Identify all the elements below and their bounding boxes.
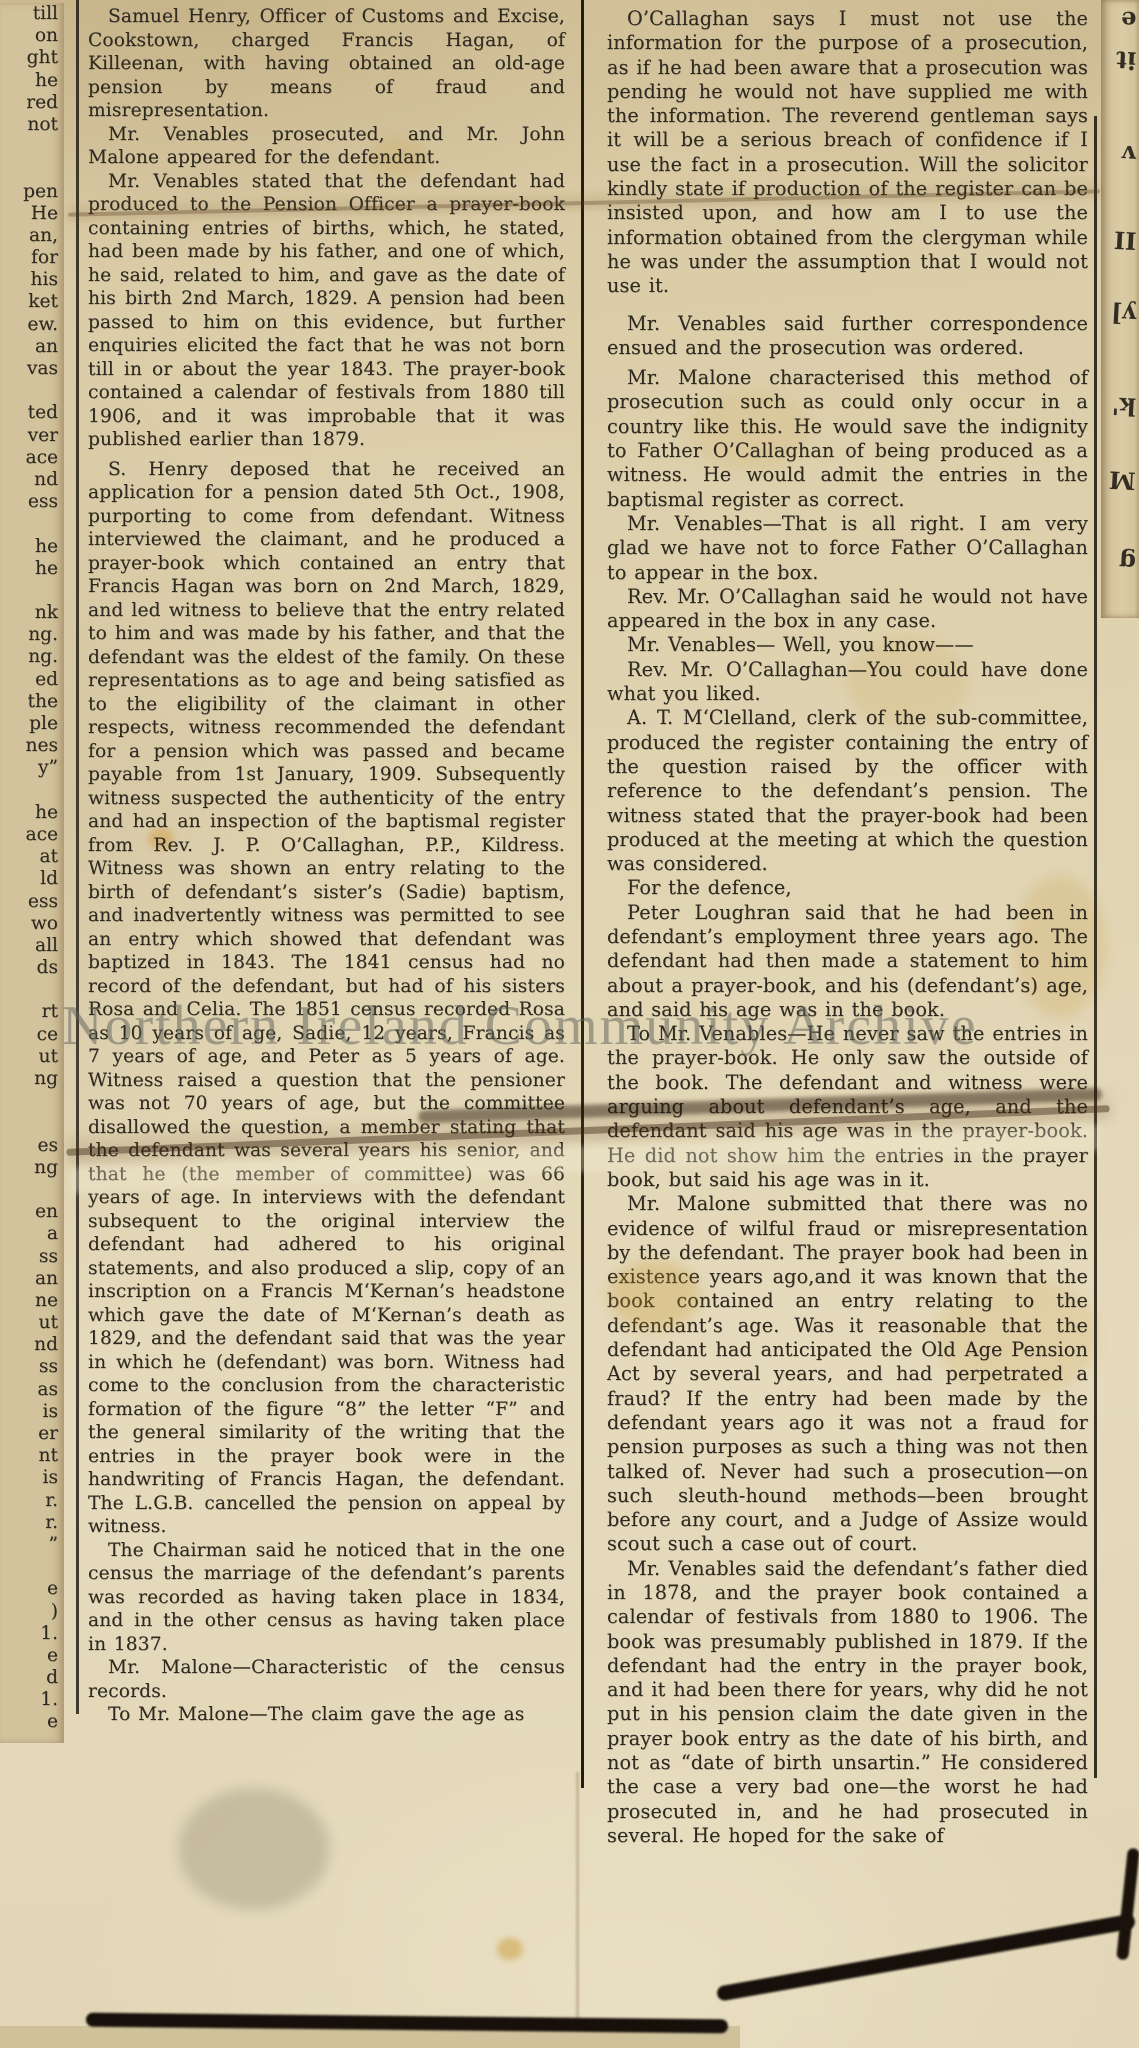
column-fragment: He [0, 203, 64, 225]
column-fragment: ght [0, 47, 64, 69]
column-fragment [0, 580, 64, 602]
column-fragment: till [0, 3, 64, 25]
article-paragraph: To Mr. Malone—The claim gave the age as [88, 1703, 565, 1727]
rotated-fragment: II [1113, 225, 1137, 255]
column-fragment: ace [0, 824, 64, 846]
column-fragment: pen [0, 181, 64, 203]
article-paragraph: Rev. Mr. O’Callaghan—You could have done… [607, 658, 1088, 707]
column-fragment: not [0, 114, 64, 136]
column-fragment: nt [0, 1445, 64, 1467]
column-fragment: e [0, 1578, 64, 1600]
column-fragment: en [0, 1201, 64, 1223]
column-fragment: the [0, 691, 64, 713]
column-fragment [0, 780, 64, 802]
torn-right-edge-scrap: eitvIIy]k'Mg [1101, 0, 1139, 618]
column-fragment: a [0, 1223, 64, 1245]
article-paragraph: A. T. M‘Clelland, clerk of the sub-commi… [607, 706, 1088, 876]
rotated-fragment: y] [1110, 299, 1137, 329]
column-fragment: all [0, 935, 64, 957]
paper-smudge [178, 1788, 330, 1910]
column-rule [76, 0, 79, 1714]
column-fragment [0, 1090, 64, 1112]
column-fragment: his [0, 269, 64, 291]
column-fragment: he [0, 70, 64, 92]
column-fragment: r. [0, 1490, 64, 1512]
column-fragment: is [0, 1401, 64, 1423]
column-fragment: he [0, 536, 64, 558]
column-fragment [0, 1556, 64, 1578]
column-fragment: nes [0, 735, 64, 757]
article-left-column: Samuel Henry, Officer of Customs and Exc… [88, 5, 565, 1727]
column-fragment: ng. [0, 624, 64, 646]
torn-left-column-fragments: tillonghtherednotpenHean,forhisketew.anv… [0, 3, 64, 1743]
article-paragraph: Mr. Venables said the defendant’s father… [607, 1557, 1088, 1849]
article-paragraph: For the defence, [607, 876, 1088, 900]
column-fragment: at [0, 846, 64, 868]
torn-edge [1116, 1848, 1139, 1961]
column-fragment [0, 136, 64, 158]
article-paragraph: Mr. Venables prosecuted, and Mr. John Ma… [88, 123, 565, 170]
column-fragment [0, 1112, 64, 1134]
column-fragment: ket [0, 291, 64, 313]
rotated-fragment: M [1109, 465, 1137, 495]
rotated-fragment: g [1118, 548, 1136, 578]
column-fragment [0, 158, 64, 180]
column-fragment: vas [0, 358, 64, 380]
column-fragment: nd [0, 1334, 64, 1356]
column-fragment: ng [0, 1157, 64, 1179]
column-fragment: ted [0, 402, 64, 424]
column-fragment: e [0, 1645, 64, 1667]
column-fragment: ng. [0, 646, 64, 668]
column-fragment: he [0, 558, 64, 580]
column-fragment [0, 979, 64, 1001]
column-fragment: ver [0, 425, 64, 447]
column-fragment: ess [0, 891, 64, 913]
column-fragment: ess [0, 491, 64, 513]
column-fragment: ng [0, 1068, 64, 1090]
column-fragment: as [0, 1379, 64, 1401]
column-fragment: ne [0, 1290, 64, 1312]
column-fragment: nd [0, 469, 64, 491]
column-fragment: ce [0, 1024, 64, 1046]
column-fragment: red [0, 92, 64, 114]
column-fragment: ds [0, 957, 64, 979]
article-paragraph: Mr. Venables stated that the defendant h… [88, 170, 565, 452]
column-fragment: ed [0, 669, 64, 691]
paper-stain [497, 1938, 523, 1960]
rotated-fragment: it [1115, 45, 1137, 75]
column-fragment: es [0, 1135, 64, 1157]
column-fragment: r. [0, 1512, 64, 1534]
article-paragraph: Mr. Venables said further correspondence… [607, 312, 1088, 361]
article-paragraph: Mr. Venables—That is all right. I am ver… [607, 512, 1088, 585]
rotated-fragment: v [1121, 140, 1136, 170]
rotated-fragment: e [1120, 6, 1137, 36]
article-paragraph: Samuel Henry, Officer of Customs and Exc… [88, 5, 565, 123]
column-fragment: an [0, 336, 64, 358]
rotated-fragment: k' [1111, 391, 1136, 421]
article-paragraph: To Mr. Venables—He never saw the entries… [607, 1022, 1088, 1192]
article-paragraph: Mr. Malone characterised this method of … [607, 366, 1088, 512]
column-fragment: on [0, 25, 64, 47]
article-paragraph: The Chairman said he noticed that in the… [88, 1539, 565, 1657]
column-fragment [0, 513, 64, 535]
column-fragment: for [0, 247, 64, 269]
column-rule [1094, 116, 1097, 1778]
column-fragment: 1. [0, 1689, 64, 1711]
column-fragment: ut [0, 1046, 64, 1068]
column-fragment: wo [0, 913, 64, 935]
article-paragraph: Mr. Malone—Characteristic of the census … [88, 1656, 565, 1703]
column-fragment: 1. [0, 1623, 64, 1645]
column-fragment: ss [0, 1246, 64, 1268]
column-fragment: rt [0, 1001, 64, 1023]
column-fragment: ” [0, 1534, 64, 1556]
article-paragraph: Mr. Venables— Well, you know—— [607, 633, 1088, 657]
column-fragment: an, [0, 225, 64, 247]
torn-edge [716, 1913, 1136, 2001]
column-fragment: e [0, 1711, 64, 1733]
article-paragraph: O’Callaghan says I must not use the info… [607, 7, 1088, 299]
column-fragment: nk [0, 602, 64, 624]
column-fragment: he [0, 802, 64, 824]
article-paragraph: Mr. Malone submitted that there was no e… [607, 1192, 1088, 1556]
column-fragment: ) [0, 1601, 64, 1623]
column-fragment: an [0, 1268, 64, 1290]
article-right-column: O’Callaghan says I must not use the info… [607, 7, 1088, 1848]
column-fragment: y” [0, 757, 64, 779]
column-fragment: ace [0, 447, 64, 469]
column-fragment: ss [0, 1356, 64, 1378]
column-fragment [0, 380, 64, 402]
column-fragment: is [0, 1467, 64, 1489]
column-fragment: ut [0, 1312, 64, 1334]
vertical-fold [576, 1772, 579, 2027]
column-fragment: ew. [0, 314, 64, 336]
column-fragment: ld [0, 868, 64, 890]
article-paragraph: Rev. Mr. O’Callaghan said he would not h… [607, 585, 1088, 634]
column-fragment: er [0, 1423, 64, 1445]
article-paragraph: S. Henry deposed that he received an app… [88, 458, 565, 1539]
column-fragment: d [0, 1667, 64, 1689]
article-paragraph: Peter Loughran said that he had been in … [607, 901, 1088, 1022]
column-rule [581, 0, 584, 1788]
column-fragment [0, 1179, 64, 1201]
column-fragment: ple [0, 713, 64, 735]
newspaper-clipping-scan: tillonghtherednotpenHean,forhisketew.anv… [0, 0, 1139, 2048]
